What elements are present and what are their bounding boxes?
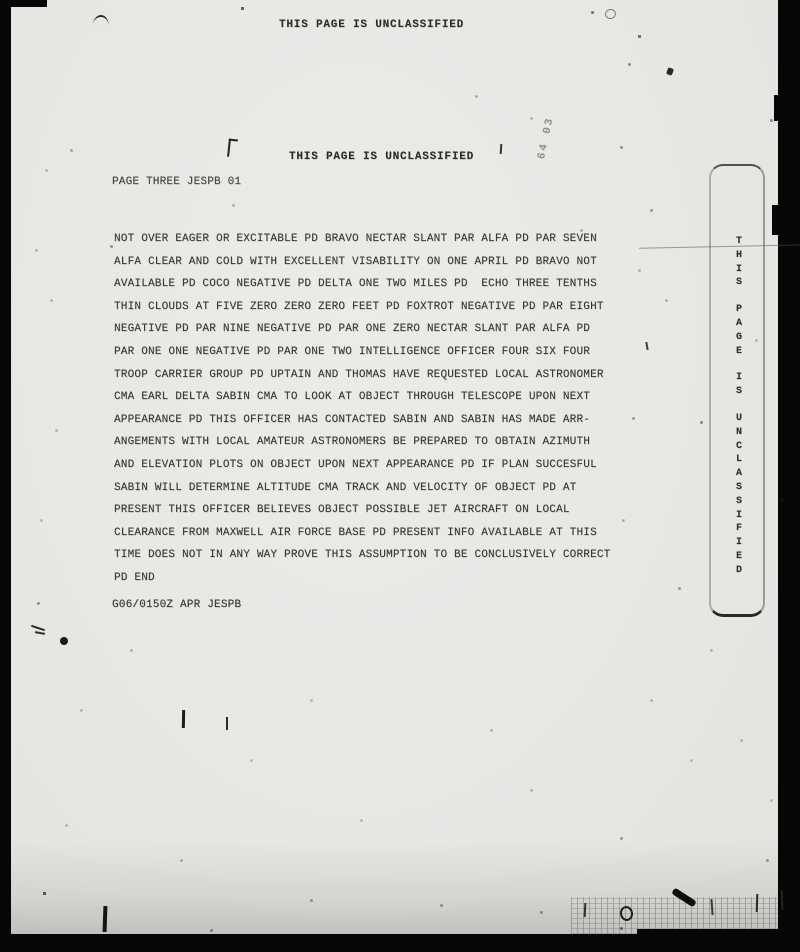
body-line: TROOP CARRIER GROUP PD UPTAIN AND THOMAS… bbox=[114, 369, 610, 392]
scan-artifact bbox=[645, 342, 648, 350]
body-line: SABIN WILL DETERMINE ALTITUDE CMA TRACK … bbox=[114, 482, 610, 505]
frame-number-stamp: 64 03 bbox=[536, 116, 557, 161]
paper: THIS PAGE IS UNCLASSIFIED THIS PAGE IS U… bbox=[11, 0, 778, 934]
body-line: ANGEMENTS WITH LOCAL AMATEUR ASTRONOMERS… bbox=[114, 436, 610, 459]
body-line: CMA EARL DELTA SABIN CMA TO LOOK AT OBJE… bbox=[114, 391, 610, 414]
scan-edge bbox=[637, 929, 800, 937]
scan-artifact bbox=[103, 906, 108, 932]
body-line: ALFA CLEAR AND COLD WITH EXCELLENT VISAB… bbox=[114, 256, 610, 279]
scan-edge bbox=[772, 205, 780, 235]
message-body: NOT OVER EAGER OR EXCITABLE PD BRAVO NEC… bbox=[114, 233, 610, 595]
body-line: PAR ONE ONE NEGATIVE PD PAR ONE TWO INTE… bbox=[114, 346, 610, 369]
scan-edge bbox=[774, 95, 780, 121]
body-line: PRESENT THIS OFFICER BELIEVES OBJECT POS… bbox=[114, 504, 610, 527]
scan-artifact bbox=[227, 139, 238, 158]
scan-edge-notch bbox=[11, 0, 47, 7]
body-line: AVAILABLE PD COCO NEGATIVE PD DELTA ONE … bbox=[114, 278, 610, 301]
scan-artifact bbox=[35, 631, 45, 635]
body-line: NOT OVER EAGER OR EXCITABLE PD BRAVO NEC… bbox=[114, 233, 610, 256]
scan-artifact bbox=[500, 144, 503, 154]
side-unclassified-banner: THISPAGEISUNCLASSIFIED bbox=[732, 236, 746, 579]
scan-artifact bbox=[31, 625, 45, 631]
page-number-label: PAGE THREE JESPB 01 bbox=[112, 176, 241, 188]
signoff-line: G06/0150Z APR JESPB bbox=[112, 599, 241, 611]
body-line: PD END bbox=[114, 572, 610, 595]
scan-artifact bbox=[60, 637, 68, 645]
top-unclassified-banner: THIS PAGE IS UNCLASSIFIED bbox=[279, 19, 464, 31]
scan-artifact bbox=[93, 14, 110, 26]
body-line: THIN CLOUDS AT FIVE ZERO ZERO ZERO FEET … bbox=[114, 301, 610, 324]
body-line: NEGATIVE PD PAR NINE NEGATIVE PD PAR ONE… bbox=[114, 323, 610, 346]
body-line: TIME DOES NOT IN ANY WAY PROVE THIS ASSU… bbox=[114, 549, 610, 572]
scan-artifact bbox=[604, 8, 617, 21]
scan-artifact bbox=[666, 67, 674, 76]
scan-artifact bbox=[182, 710, 185, 728]
header-unclassified-banner: THIS PAGE IS UNCLASSIFIED bbox=[289, 151, 474, 163]
body-line: APPEARANCE PD THIS OFFICER HAS CONTACTED… bbox=[114, 414, 610, 437]
body-line: CLEARANCE FROM MAXWELL AIR FORCE BASE PD… bbox=[114, 527, 610, 550]
body-line: AND ELEVATION PLOTS ON OBJECT UPON NEXT … bbox=[114, 459, 610, 482]
scan-artifact bbox=[226, 717, 228, 730]
scanned-document: THIS PAGE IS UNCLASSIFIED THIS PAGE IS U… bbox=[0, 0, 800, 952]
